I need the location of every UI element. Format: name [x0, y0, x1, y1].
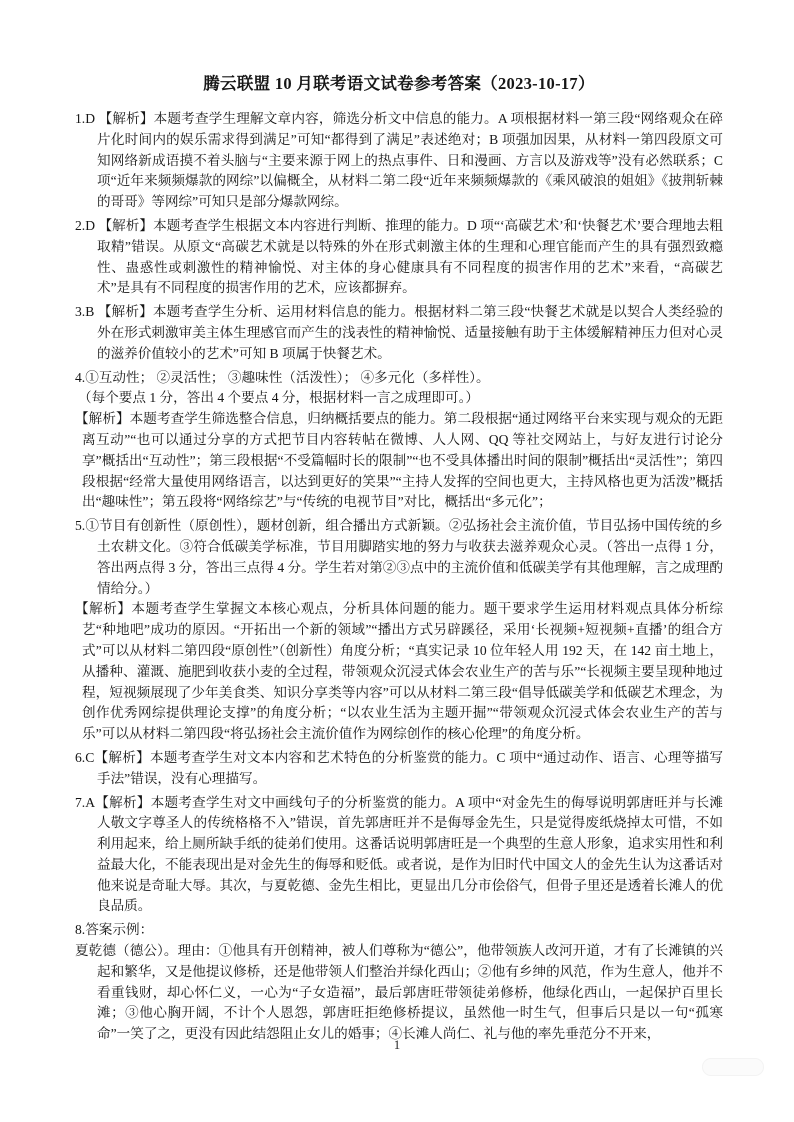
page-number: 1 [0, 1038, 794, 1053]
answer-item-8: 8.答案示例： 夏乾德（德公）。理由：①他具有开创精神，被人们尊称为“德公”，他… [75, 920, 723, 1045]
answer-3-analysis: 3.B 【解析】本题考查学生分析、运用材料信息的能力。根据材料二第三段“快餐艺术… [75, 302, 723, 364]
document-page: 腾云联盟 10 月联考语文试卷参考答案（2023-10-17） 1.D 【解析】… [0, 0, 794, 1122]
answer-6-analysis: 6.C【解析】本题考查学生对文本内容和艺术特色的分析鉴赏的能力。C 项中“通过动… [75, 748, 723, 790]
answer-4-points: 4.①互动性； ②灵活性； ③趣味性（活泼性）； ④多元化（多样性）。 [75, 368, 723, 389]
answer-5-points: 5.①节目有创新性（原创性），题材创新，组合播出方式新颖。②弘扬社会主流价值，节… [75, 516, 723, 599]
answer-item-6: 6.C【解析】本题考查学生对文本内容和艺术特色的分析鉴赏的能力。C 项中“通过动… [75, 748, 723, 790]
answer-item-3: 3.B 【解析】本题考查学生分析、运用材料信息的能力。根据材料二第三段“快餐艺术… [75, 302, 723, 364]
answer-key-content: 腾云联盟 10 月联考语文试卷参考答案（2023-10-17） 1.D 【解析】… [75, 70, 723, 1048]
answer-item-1: 1.D 【解析】本题考查学生理解文章内容，筛选分析文中信息的能力。A 项根据材料… [75, 109, 723, 213]
watermark [702, 1058, 764, 1076]
answer-item-2: 2.D 【解析】本题考查学生根据文本内容进行判断、推理的能力。D 项“‘高碳艺术… [75, 216, 723, 299]
answer-1-analysis: 1.D 【解析】本题考查学生理解文章内容，筛选分析文中信息的能力。A 项根据材料… [75, 109, 723, 213]
answer-item-5: 5.①节目有创新性（原创性），题材创新，组合播出方式新颖。②弘扬社会主流价值，节… [75, 516, 723, 745]
answer-8-label: 8.答案示例： [75, 920, 723, 941]
answer-4-scoring-note: （每个要点 1 分，答出 4 个要点 4 分，根据材料一言之成理即可。） [75, 388, 723, 409]
answer-8-example: 夏乾德（德公）。理由：①他具有开创精神，被人们尊称为“德公”，他带领族人改河开道… [75, 941, 723, 1045]
answer-5-analysis: 【解析】本题考查学生掌握文本核心观点，分析具体问题的能力。题干要求学生运用材料观… [75, 599, 723, 745]
answer-7-analysis: 7.A【解析】本题考查学生对文中画线句子的分析鉴赏的能力。A 项中“对金先生的侮… [75, 793, 723, 918]
answer-4-analysis: 【解析】本题考查学生筛选整合信息，归纳概括要点的能力。第二段根据“通过网络平台来… [75, 409, 723, 513]
answer-item-7: 7.A【解析】本题考查学生对文中画线句子的分析鉴赏的能力。A 项中“对金先生的侮… [75, 793, 723, 918]
page-title: 腾云联盟 10 月联考语文试卷参考答案（2023-10-17） [75, 70, 723, 94]
answer-item-4: 4.①互动性； ②灵活性； ③趣味性（活泼性）； ④多元化（多样性）。 （每个要… [75, 368, 723, 514]
answer-2-analysis: 2.D 【解析】本题考查学生根据文本内容进行判断、推理的能力。D 项“‘高碳艺术… [75, 216, 723, 299]
